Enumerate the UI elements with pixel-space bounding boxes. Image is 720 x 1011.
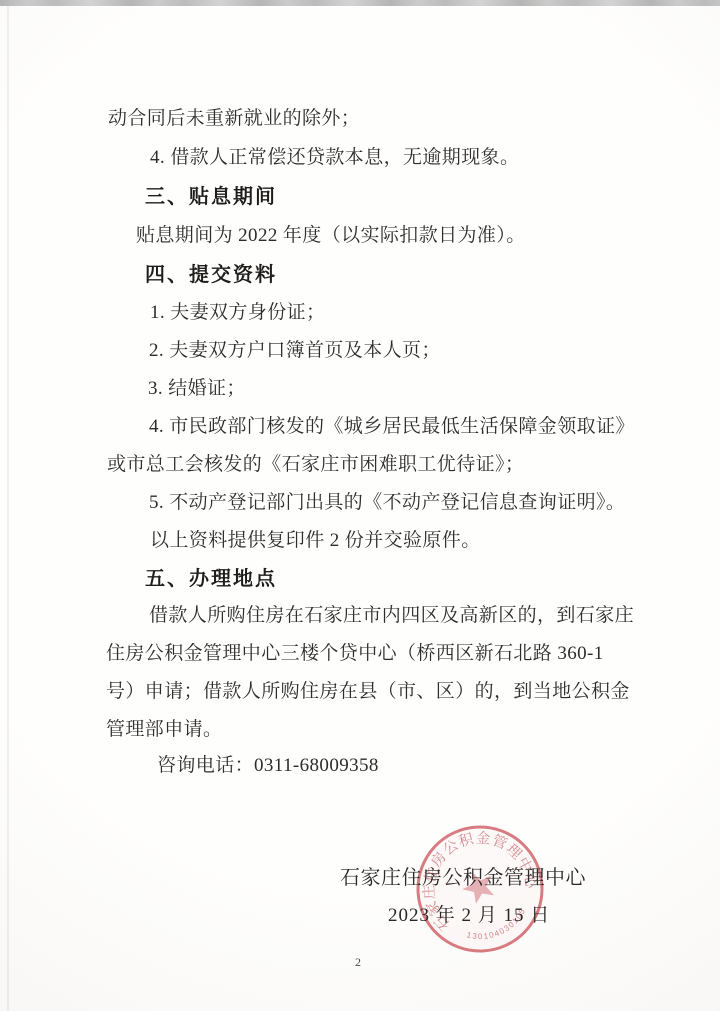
doc-line: 5. 不动产登记部门出具的《不动产登记信息查询证明》。 xyxy=(149,487,625,514)
doc-line: 4. 借款人正常偿还贷款本息，无逾期现象。 xyxy=(150,142,519,169)
doc-line: 贴息期间为 2022 年度（以实际扣款日为准）。 xyxy=(136,220,526,247)
doc-line: 2. 夫妻双方户口簿首页及本人页； xyxy=(149,335,441,362)
doc-line: 4. 市民政部门核发的《城乡居民最低生活保障金领取证》 xyxy=(149,411,635,438)
official-seal-stamp: 石家庄住房公积金管理中心 130104030105 xyxy=(411,824,549,958)
doc-line: 住房公积金管理中心三楼个贷中心（桥西区新石北路 360-1 xyxy=(106,638,604,665)
doc-line: 动合同后未重新就业的除外； xyxy=(108,103,360,130)
section-heading: 三、贴息期间 xyxy=(145,180,277,209)
section-heading: 五、办理地点 xyxy=(145,562,277,591)
doc-line: 以上资料提供复印件 2 份并交验原件。 xyxy=(150,525,481,552)
section-heading: 四、提交资料 xyxy=(145,258,277,287)
issuer-name: 石家庄住房公积金管理中心 xyxy=(340,861,586,890)
doc-line: 借款人所购住房在石家庄市内四区及高新区的，到石家庄 xyxy=(149,600,634,627)
doc-line: 3. 结婚证； xyxy=(148,373,246,400)
page-number: 2 xyxy=(355,955,361,970)
doc-line: 管理部申请。 xyxy=(106,714,222,741)
issue-date: 2023 年 2 月 15 日 xyxy=(388,900,550,927)
doc-line: 或市总工会核发的《石家庄市困难职工优待证》； xyxy=(107,449,524,476)
scan-left-edge xyxy=(7,6,9,1011)
doc-line: 1. 夫妻双方身份证； xyxy=(150,297,325,324)
doc-line: 号）申请；借款人所购住房在县（市、区）的，到当地公积金 xyxy=(106,676,630,703)
phone-line: 咨询电话：0311-68009358 xyxy=(157,750,379,777)
document-page: 动合同后未重新就业的除外； 4. 借款人正常偿还贷款本息，无逾期现象。 三、贴息… xyxy=(0,0,720,1011)
scanner-edge-artifact xyxy=(0,0,720,6)
